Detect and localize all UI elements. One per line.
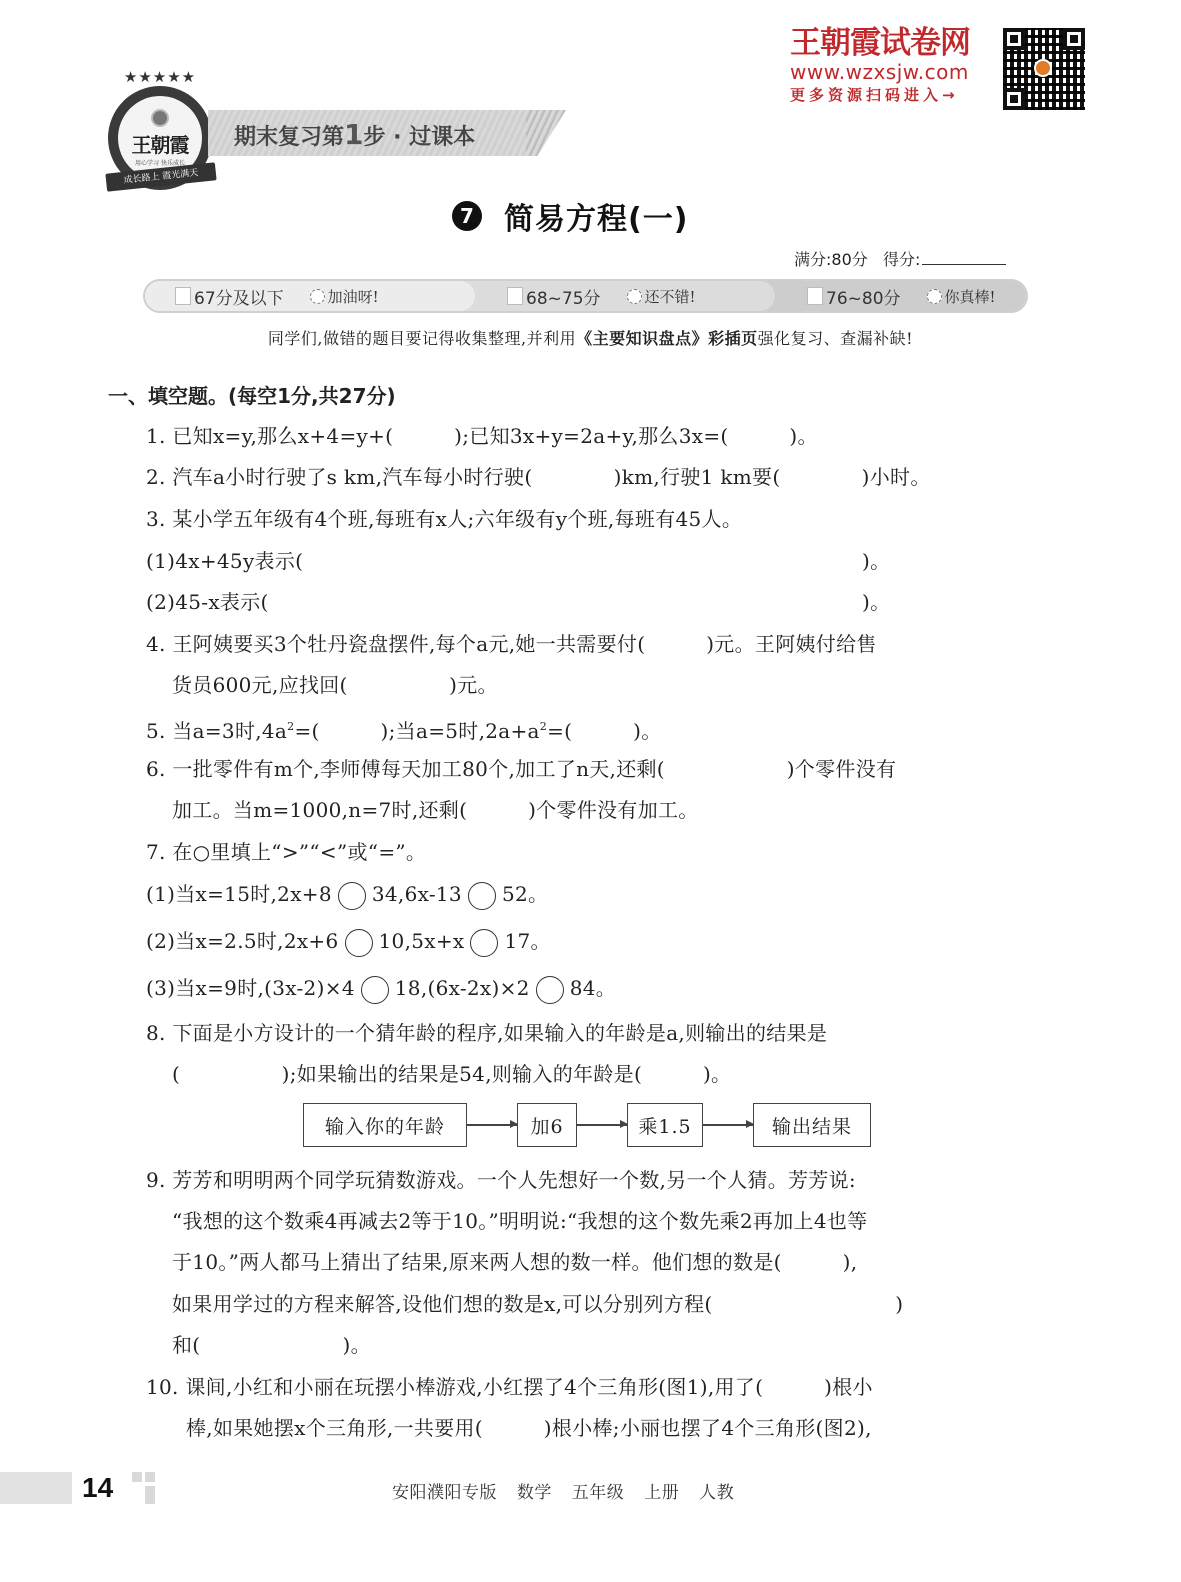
notice-text: 强化复习、查漏补缺! bbox=[758, 329, 913, 348]
rating-option-low[interactable]: 67分及以下 加油呀! bbox=[145, 281, 475, 311]
cheer-face-icon bbox=[310, 289, 325, 304]
question-text: (1)4x+45y表示( bbox=[146, 549, 303, 573]
question-9d: 如果用学过的方程来解答,设他们想的数是x,可以分别列方程( ) bbox=[172, 1291, 903, 1317]
question-1: 1. 已知x=y,那么x+4=y+( );已知3x+y=2a+y,那么3x=( … bbox=[146, 423, 818, 449]
step-suffix: 步 · 过课本 bbox=[364, 125, 476, 150]
flow-step-multiply: 乘1.5 bbox=[627, 1103, 703, 1147]
qr-corner bbox=[1003, 88, 1025, 110]
question-9c: 于10。”两人都马上猜出了结果,原来两人想的数一样。他们想的数是( ), bbox=[172, 1249, 857, 1275]
logo-name: 王朝霞 bbox=[132, 129, 189, 158]
question-4b: 货员600元,应找回( )元。 bbox=[172, 672, 498, 698]
question-6a: 6. 一批零件有m个,李师傅每天加工80个,加工了n天,还剩( )个零件没有 bbox=[146, 756, 896, 782]
question-5: 5. 当a=3时,4a2=( );当a=5时,2a+a2=( )。 bbox=[146, 714, 662, 744]
portrait-icon bbox=[151, 109, 169, 127]
score-line: 满分:80分 得分: bbox=[794, 247, 1006, 270]
rating-bar: 67分及以下 加油呀! 68~75分 还不错! 76~80分 你真棒! bbox=[143, 279, 1028, 313]
question-7: 7. 在○里填上“>”“<”或“=”。 bbox=[146, 839, 426, 865]
full-score-label: 满分:80分 bbox=[794, 250, 868, 269]
happy-face-icon bbox=[927, 289, 942, 304]
qr-badge-icon bbox=[1034, 59, 1052, 77]
compare-circle-input[interactable] bbox=[361, 976, 389, 1004]
step-number: 1 bbox=[344, 118, 363, 151]
question-4a: 4. 王阿姨要买3个牡丹瓷盘摆件,每个a元,她一共需要付( )元。王阿姨付给售 bbox=[146, 631, 877, 657]
question-7-2: (2)当x=2.5时,2x+610,5x+x17。 bbox=[146, 928, 551, 957]
review-notice: 同学们,做错的题目要记得收集整理,并利用《主要知识盘点》彩插页强化复习、查漏补缺… bbox=[0, 326, 1181, 349]
stripes-decoration bbox=[526, 110, 566, 156]
arrow-right-icon bbox=[703, 1124, 753, 1126]
compare-circle-input[interactable] bbox=[468, 882, 496, 910]
step-prefix: 期末复习第 bbox=[234, 125, 344, 150]
question-text: 84。 bbox=[570, 976, 616, 1000]
compare-circle-input[interactable] bbox=[345, 929, 373, 957]
edition-info: 安阳濮阳专版 数学 五年级 上册 人教 bbox=[392, 1478, 734, 1503]
brand-cta: 更多资源扫码进入→ bbox=[790, 84, 1000, 106]
chapter-title: 简易方程(一) bbox=[504, 194, 688, 238]
qr-code-icon[interactable] bbox=[1003, 28, 1085, 110]
rating-cheer: 你真棒! bbox=[945, 286, 996, 307]
got-score-label: 得分: bbox=[883, 250, 920, 269]
compare-circle-input[interactable] bbox=[338, 882, 366, 910]
arrow-right-icon bbox=[467, 1124, 517, 1126]
page-title: 7 简易方程(一) bbox=[452, 194, 688, 238]
checkbox-icon[interactable] bbox=[807, 287, 823, 305]
chapter-number-badge: 7 bbox=[452, 201, 482, 231]
page-number: 14 bbox=[82, 1472, 113, 1504]
question-3-2-close: )。 bbox=[862, 589, 890, 615]
rating-option-high[interactable]: 76~80分 你真棒! bbox=[745, 281, 1026, 311]
rating-cheer: 加油呀! bbox=[328, 286, 379, 307]
qr-corner bbox=[1003, 28, 1025, 50]
rating-range: 68~75分 bbox=[526, 284, 601, 309]
question-10a: 10. 课间,小红和小丽在玩摆小棒游戏,小红摆了4个三角形(图1),用了( )根… bbox=[146, 1374, 873, 1400]
question-text: 18,(6x-2x)×2 bbox=[395, 976, 530, 1000]
question-text: =( )。 bbox=[547, 719, 661, 743]
question-6b: 加工。当m=1000,n=7时,还剩( )个零件没有加工。 bbox=[172, 797, 699, 823]
checkbox-icon[interactable] bbox=[507, 287, 523, 305]
question-3-1: (1)4x+45y表示( bbox=[146, 548, 303, 574]
section-heading: 一、填空题。(每空1分,共27分) bbox=[108, 380, 396, 409]
question-8a: 8. 下面是小方设计的一个猜年龄的程序,如果输入的年龄是a,则输出的结果是 bbox=[146, 1020, 827, 1046]
checkbox-icon[interactable] bbox=[175, 287, 191, 305]
question-text: 52。 bbox=[502, 882, 548, 906]
question-text: (1)当x=15时,2x+8 bbox=[146, 882, 332, 906]
age-program-flowchart: 输入你的年龄 加6 乘1.5 输出结果 bbox=[303, 1103, 871, 1147]
question-3-2: (2)45-x表示( bbox=[146, 589, 269, 615]
question-10b: 棒,如果她摆x个三角形,一共要用( )根小棒;小丽也摆了4个三角形(图2), bbox=[186, 1415, 872, 1441]
question-text: =( );当a=5时,2a+a bbox=[294, 719, 539, 743]
flow-step-add: 加6 bbox=[517, 1103, 577, 1147]
notice-bold: 《主要知识盘点》 bbox=[576, 329, 708, 348]
smile-face-icon bbox=[627, 289, 642, 304]
question-3: 3. 某小学五年级有4个班,每班有x人;六年级有y个班,每班有45人。 bbox=[146, 506, 742, 532]
question-9b: “我想的这个数乘4再减去2等于10。”明明说:“我想的这个数先乘2再加上4也等 bbox=[172, 1208, 867, 1234]
question-9e: 和( )。 bbox=[172, 1332, 371, 1358]
step-label: 期末复习第1步 · 过课本 bbox=[234, 118, 475, 151]
rating-cheer: 还不错! bbox=[645, 286, 696, 307]
question-text: (2)当x=2.5时,2x+6 bbox=[146, 929, 339, 953]
rating-option-mid[interactable]: 68~75分 还不错! bbox=[445, 281, 775, 311]
qr-corner bbox=[1063, 28, 1085, 50]
question-2: 2. 汽车a小时行驶了s km,汽车每小时行驶( )km,行驶1 km要( )小… bbox=[146, 464, 931, 490]
question-7-3: (3)当x=9时,(3x-2)×418,(6x-2x)×284。 bbox=[146, 975, 616, 1004]
publisher-logo: ★★★★★ 王朝霞 用心学习 快乐成长 成长路上 霞光满天 bbox=[104, 68, 216, 188]
question-8b: ( );如果输出的结果是54,则输入的年龄是( )。 bbox=[172, 1061, 731, 1087]
brand-url[interactable]: www.wzxsjw.com bbox=[790, 60, 1000, 84]
question-9a: 9. 芳芳和明明两个同学玩猜数游戏。一个人先想好一个数,另一个人猜。芳芳说: bbox=[146, 1167, 856, 1193]
question-text: 17。 bbox=[504, 929, 550, 953]
question-7-1: (1)当x=15时,2x+834,6x-1352。 bbox=[146, 881, 548, 910]
arrow-right-icon bbox=[577, 1124, 627, 1126]
question-text: (2)45-x表示( bbox=[146, 590, 269, 614]
page-number-block bbox=[0, 1472, 72, 1504]
compare-circle-input[interactable] bbox=[470, 929, 498, 957]
question-3-1-close: )。 bbox=[862, 548, 890, 574]
flow-step-output: 输出结果 bbox=[753, 1103, 871, 1147]
page-decoration bbox=[132, 1472, 156, 1504]
step-banner: 期末复习第1步 · 过课本 bbox=[208, 110, 566, 156]
question-text: (3)当x=9时,(3x-2)×4 bbox=[146, 976, 355, 1000]
rating-range: 67分及以下 bbox=[194, 284, 284, 309]
question-text: 5. 当a=3时,4a bbox=[146, 719, 287, 743]
exponent: 2 bbox=[540, 720, 547, 733]
rating-range: 76~80分 bbox=[826, 284, 901, 309]
compare-circle-input[interactable] bbox=[536, 976, 564, 1004]
flow-step-input: 输入你的年龄 bbox=[303, 1103, 467, 1147]
question-text: 10,5x+x bbox=[379, 929, 465, 953]
score-input[interactable] bbox=[922, 251, 1006, 265]
stars-decoration: ★★★★★ bbox=[104, 68, 216, 86]
brand-block[interactable]: 王朝霞试卷网 www.wzxsjw.com 更多资源扫码进入→ bbox=[790, 26, 1000, 106]
notice-bold: 彩插页 bbox=[708, 329, 758, 348]
brand-title: 王朝霞试卷网 bbox=[790, 26, 1000, 60]
question-text: 34,6x-13 bbox=[372, 882, 462, 906]
notice-text: 同学们,做错的题目要记得收集整理,并利用 bbox=[268, 329, 576, 348]
